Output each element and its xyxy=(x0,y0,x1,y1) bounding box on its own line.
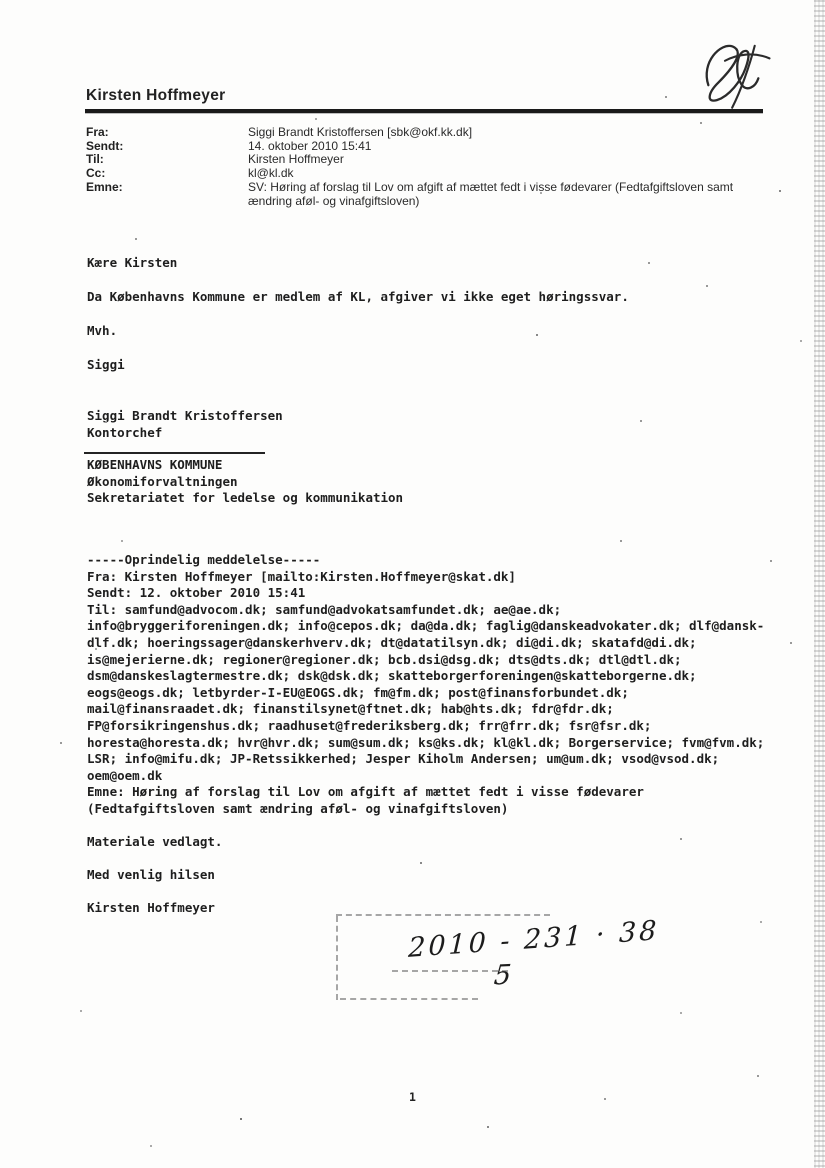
header-field-value: kl@kl.dk xyxy=(248,167,748,181)
header-row-sendt: Sendt: 14. oktober 2010 15:41 xyxy=(86,140,766,154)
header-field-label: Fra: xyxy=(86,126,248,140)
signature-block: KØBENHAVNS KOMMUNE Økonomiforvaltningen … xyxy=(87,457,403,507)
header-field-value: Siggi Brandt Kristoffersen [sbk@okf.kk.d… xyxy=(248,126,748,140)
page-number: 1 xyxy=(0,1090,825,1104)
header-field-label: Cc: xyxy=(86,167,248,181)
stamp-border-middle xyxy=(392,970,508,972)
reply-text: Kære Kirsten Da Københavns Kommune er me… xyxy=(87,254,629,441)
handwritten-initials-icon xyxy=(693,34,779,127)
signature-divider xyxy=(84,452,265,454)
header-row-emne: Emne: SV: Høring af forslag til Lov om a… xyxy=(86,181,766,208)
page-title: Kirsten Hoffmeyer xyxy=(86,87,225,105)
header-row-til: Til: Kirsten Hoffmeyer xyxy=(86,153,766,167)
stamp-border-bottom xyxy=(340,998,478,1000)
quoted-message: -----Oprindelig meddelelse----- Fra: Kir… xyxy=(87,552,764,917)
handwritten-case-number: 2010 - 231 · 38 xyxy=(408,915,660,964)
header-field-value: 14. oktober 2010 15:41 xyxy=(248,140,748,154)
header-field-label: Sendt: xyxy=(86,140,248,154)
header-row-cc: Cc: kl@kl.dk xyxy=(86,167,766,181)
email-header: Fra: Siggi Brandt Kristoffersen [sbk@okf… xyxy=(86,126,766,208)
scan-artifact-edge-band xyxy=(814,0,825,1168)
header-field-value: Kirsten Hoffmeyer xyxy=(248,153,748,167)
scan-artifact-noise xyxy=(0,0,2,2)
header-field-label: Til: xyxy=(86,153,248,167)
scanned-email-page: Kirsten Hoffmeyer Fra: Siggi Brandt Kris… xyxy=(0,0,825,1168)
header-field-label: Emne: xyxy=(86,181,248,195)
title-divider xyxy=(85,109,763,113)
case-number-stamp: 2010 - 231 · 38 5 xyxy=(336,914,644,1006)
handwritten-sub-number: 5 xyxy=(493,959,513,991)
stamp-border-top xyxy=(336,914,550,916)
header-field-value: SV: Høring af forslag til Lov om afgift … xyxy=(248,181,748,208)
stamp-border-left xyxy=(336,916,338,1000)
header-row-fra: Fra: Siggi Brandt Kristoffersen [sbk@okf… xyxy=(86,126,766,140)
